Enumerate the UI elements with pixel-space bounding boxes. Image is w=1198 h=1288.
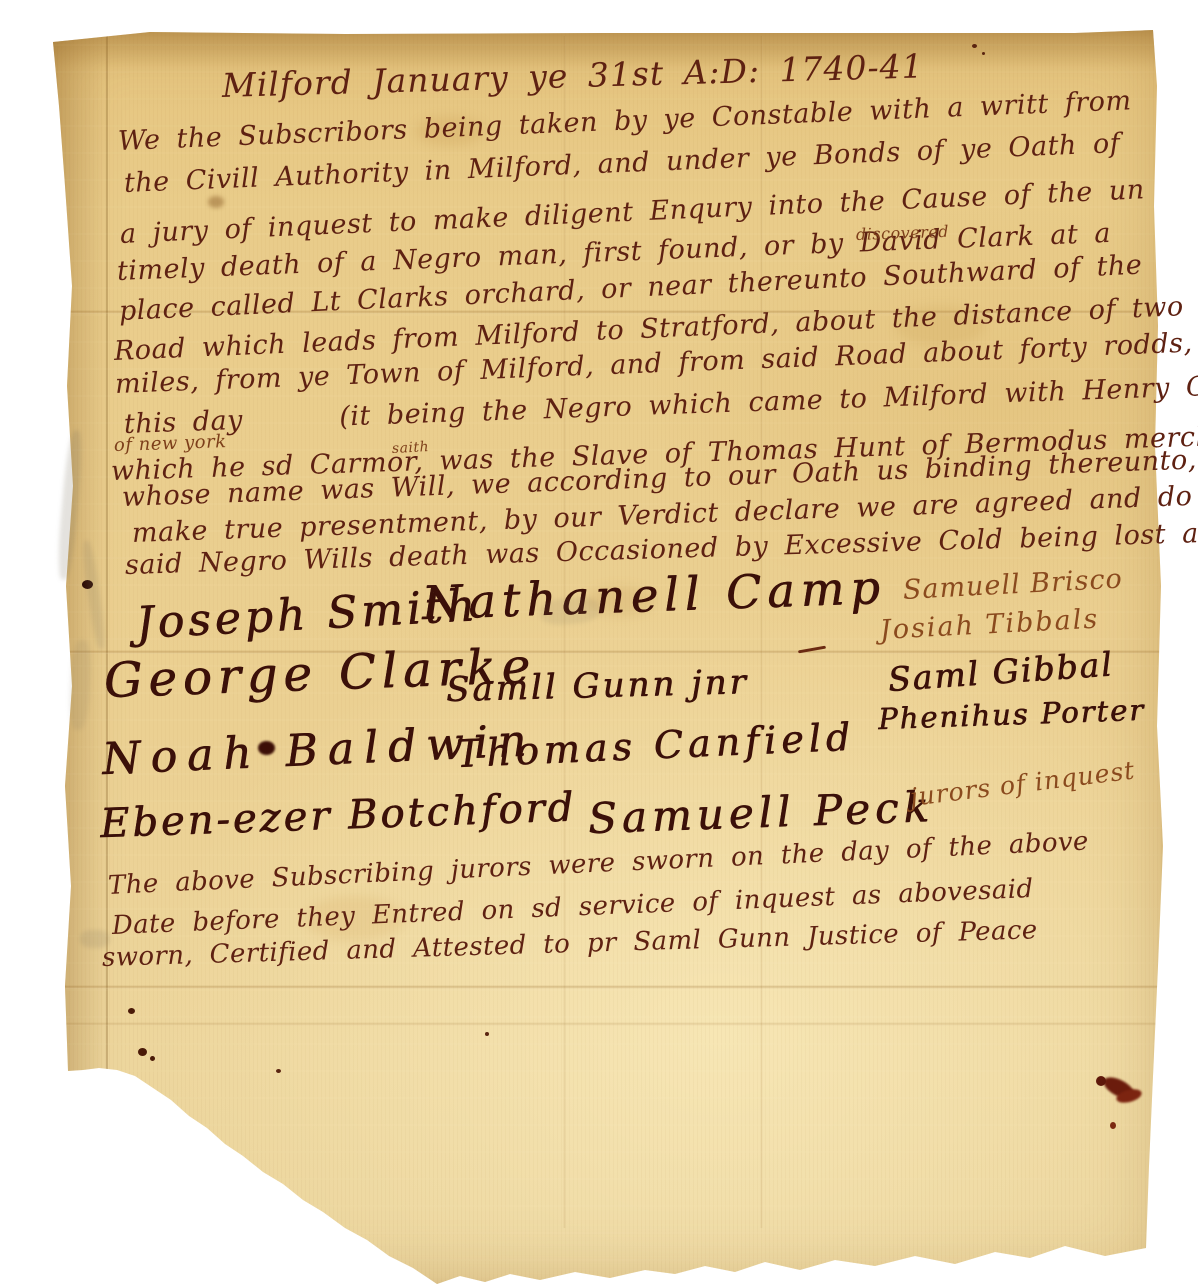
ink-smudge xyxy=(208,196,224,208)
interline-insertion: discovered xyxy=(856,223,950,244)
ink-speck xyxy=(485,1032,489,1036)
signature: Samll Gunn jnr xyxy=(446,664,750,709)
ink-speck xyxy=(276,1069,281,1073)
ink-speck xyxy=(982,52,985,55)
document-scan: Milford January ye 31st A:D: 1740-41 We … xyxy=(0,0,1198,1288)
ink-stain xyxy=(1096,1076,1106,1086)
ink-stain xyxy=(1110,1122,1116,1129)
ink-speck xyxy=(138,1048,147,1056)
ink-speck xyxy=(972,44,977,48)
ink-speck xyxy=(128,1008,135,1014)
ink-speck xyxy=(150,1056,155,1061)
ink-blot xyxy=(258,741,275,755)
bleed-through-mark xyxy=(80,930,110,948)
